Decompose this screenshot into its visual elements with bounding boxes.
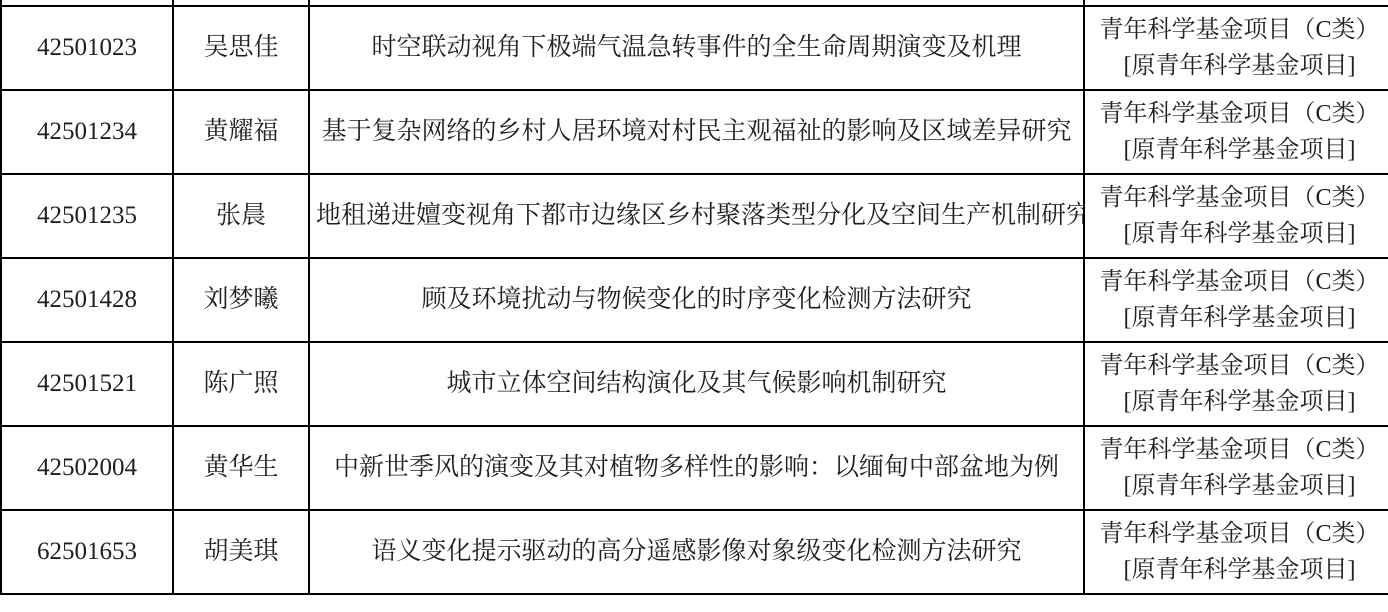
project-title-cell: 顾及环境扰动与物候变化的时序变化检测方法研究 xyxy=(309,258,1084,342)
project-title-cell: 语义变化提示驱动的高分遥感影像对象级变化检测方法研究 xyxy=(309,510,1084,594)
table-row: 62501653 胡美琪 语义变化提示驱动的高分遥感影像对象级变化检测方法研究 … xyxy=(1,510,1388,594)
document-page: 42501023 吴思佳 时空联动视角下极端气温急转事件的全生命周期演变及机理 … xyxy=(0,0,1388,612)
fund-type-line2: [原青年科学基金项目] xyxy=(1089,216,1388,252)
fund-type-line2: [原青年科学基金项目] xyxy=(1089,552,1388,588)
fund-type-line2: [原青年科学基金项目] xyxy=(1089,300,1388,336)
pi-name-cell: 胡美琪 xyxy=(173,510,309,594)
fund-type-line1: 青年科学基金项目（C类） xyxy=(1089,12,1388,48)
fund-type-cell: 青年科学基金项目（C类） [原青年科学基金项目] xyxy=(1084,258,1388,342)
approval-number-cell: 42502004 xyxy=(1,426,173,510)
fund-type-line2: [原青年科学基金项目] xyxy=(1089,48,1388,84)
fund-type-line1: 青年科学基金项目（C类） xyxy=(1089,432,1388,468)
project-title-cell: 地租递进嬗变视角下都市边缘区乡村聚落类型分化及空间生产机制研究 xyxy=(309,174,1084,258)
pi-name-cell: 黄华生 xyxy=(173,426,309,510)
project-title-cell: 中新世季风的演变及其对植物多样性的影响：以缅甸中部盆地为例 xyxy=(309,426,1084,510)
fund-type-cell: 青年科学基金项目（C类） [原青年科学基金项目] xyxy=(1084,510,1388,594)
pi-name-cell: 刘梦曦 xyxy=(173,258,309,342)
fund-type-line1: 青年科学基金项目（C类） xyxy=(1089,516,1388,552)
fund-type-line1: 青年科学基金项目（C类） xyxy=(1089,348,1388,384)
project-title-cell: 时空联动视角下极端气温急转事件的全生命周期演变及机理 xyxy=(309,6,1084,90)
table-row: 42501235 张晨 地租递进嬗变视角下都市边缘区乡村聚落类型分化及空间生产机… xyxy=(1,174,1388,258)
project-title-cell: 基于复杂网络的乡村人居环境对村民主观福祉的影响及区域差异研究 xyxy=(309,90,1084,174)
fund-type-line2: [原青年科学基金项目] xyxy=(1089,132,1388,168)
fund-type-line1: 青年科学基金项目（C类） xyxy=(1089,264,1388,300)
fund-type-cell: 青年科学基金项目（C类） [原青年科学基金项目] xyxy=(1084,90,1388,174)
fund-type-cell: 青年科学基金项目（C类） [原青年科学基金项目] xyxy=(1084,174,1388,258)
fund-type-line1: 青年科学基金项目（C类） xyxy=(1089,180,1388,216)
pi-name-cell: 张晨 xyxy=(173,174,309,258)
approval-number-cell: 42501023 xyxy=(1,6,173,90)
approval-number-cell: 62501653 xyxy=(1,510,173,594)
fund-type-cell: 青年科学基金项目（C类） [原青年科学基金项目] xyxy=(1084,426,1388,510)
pi-name-cell: 吴思佳 xyxy=(173,6,309,90)
approval-number-cell: 42501235 xyxy=(1,174,173,258)
project-title-cell: 城市立体空间结构演化及其气候影响机制研究 xyxy=(309,342,1084,426)
table-row: 42501521 陈广照 城市立体空间结构演化及其气候影响机制研究 青年科学基金… xyxy=(1,342,1388,426)
pi-name-cell: 陈广照 xyxy=(173,342,309,426)
pi-name-cell: 黄耀福 xyxy=(173,90,309,174)
fund-type-line2: [原青年科学基金项目] xyxy=(1089,384,1388,420)
approval-number-cell: 42501428 xyxy=(1,258,173,342)
grant-table: 42501023 吴思佳 时空联动视角下极端气温急转事件的全生命周期演变及机理 … xyxy=(0,0,1388,595)
fund-type-cell: 青年科学基金项目（C类） [原青年科学基金项目] xyxy=(1084,6,1388,90)
approval-number-cell: 42501234 xyxy=(1,90,173,174)
table-row: 42501428 刘梦曦 顾及环境扰动与物候变化的时序变化检测方法研究 青年科学… xyxy=(1,258,1388,342)
table-row: 42501023 吴思佳 时空联动视角下极端气温急转事件的全生命周期演变及机理 … xyxy=(1,6,1388,90)
fund-type-line1: 青年科学基金项目（C类） xyxy=(1089,96,1388,132)
fund-type-cell: 青年科学基金项目（C类） [原青年科学基金项目] xyxy=(1084,342,1388,426)
table-row: 42501234 黄耀福 基于复杂网络的乡村人居环境对村民主观福祉的影响及区域差… xyxy=(1,90,1388,174)
table-row: 42502004 黄华生 中新世季风的演变及其对植物多样性的影响：以缅甸中部盆地… xyxy=(1,426,1388,510)
approval-number-cell: 42501521 xyxy=(1,342,173,426)
fund-type-line2: [原青年科学基金项目] xyxy=(1089,468,1388,504)
